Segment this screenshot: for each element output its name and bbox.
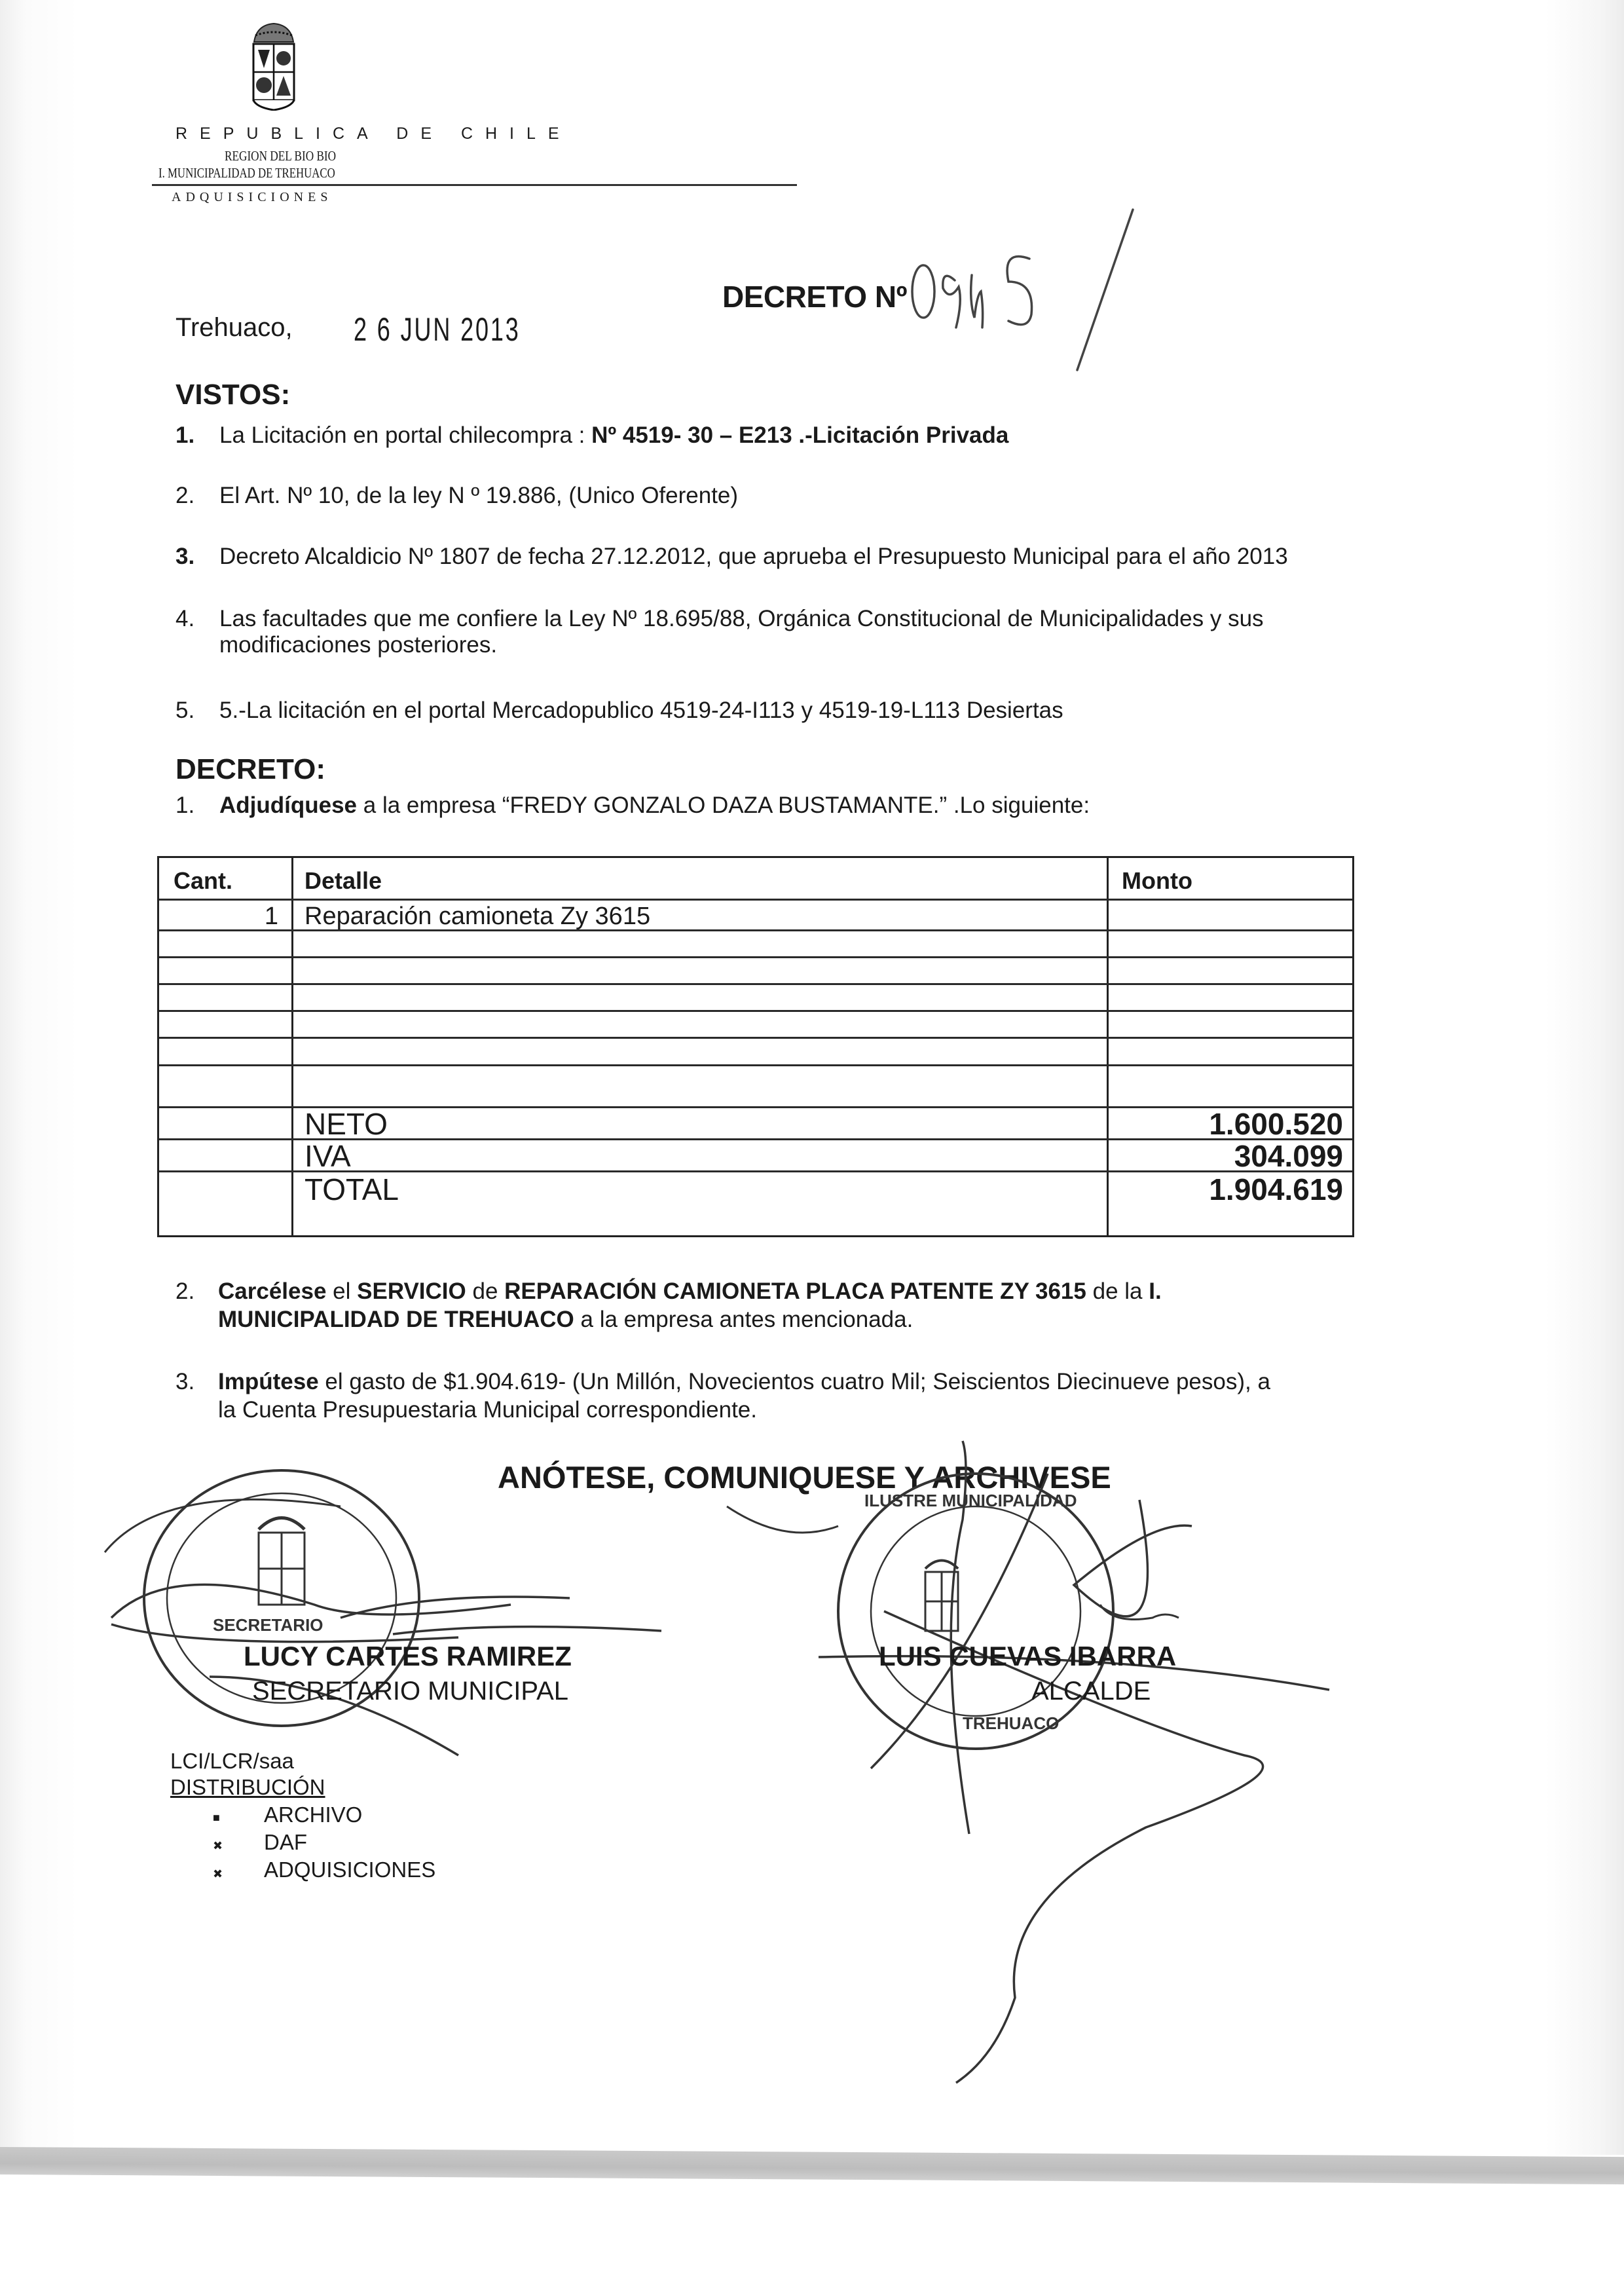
table-row: 1 Reparación camioneta Zy 3615 (159, 899, 1352, 931)
col-header-cant: Cant. (174, 867, 232, 895)
vistos-item-1: La Licitación en portal chilecompra : Nº… (219, 422, 1008, 449)
table-total-row-iva: IVA 304.099 (159, 1138, 1352, 1172)
neto-value: 1.600.520 (1209, 1106, 1343, 1142)
imputese-word: Impútese (218, 1369, 319, 1394)
col-header-monto: Monto (1122, 867, 1192, 895)
distribution-item: DAF (264, 1830, 307, 1855)
decreto-item-2-line1: Carcélese el SERVICIO de REPARACIÓN CAMI… (218, 1278, 1162, 1305)
vistos-item-4-line2: modificaciones posteriores. (219, 632, 497, 658)
header-country: REPUBLICA DE CHILE (175, 124, 572, 143)
decreto-item-1: Adjudíquese a la empresa “FREDY GONZALO … (219, 793, 1090, 819)
vistos-item-2-number: 2. (175, 483, 194, 509)
cell-detalle: Reparación camioneta Zy 3615 (304, 903, 650, 931)
handwritten-decree-number (904, 203, 1153, 373)
neto-label: NETO (304, 1106, 388, 1142)
iva-value: 304.099 (1234, 1138, 1343, 1174)
decreto-item-3-number: 3. (175, 1369, 194, 1395)
signer-1-role: SECRETARIO MUNICIPAL (252, 1677, 568, 1706)
city-label: Trehuaco, (175, 313, 293, 343)
header-department: ADQUISICIONES (172, 190, 332, 205)
table-header-row: Cant. Detalle Monto (159, 858, 1352, 901)
table-row (159, 1064, 1352, 1108)
header-municipality: I. MUNICIPALIDAD DE TREHUACO (158, 165, 335, 181)
table-row (159, 956, 1352, 985)
table-total-row-total: TOTAL 1.904.619 (159, 1170, 1352, 1235)
decreto-item-1-number: 1. (175, 793, 194, 819)
vistos-item-4-number: 4. (175, 606, 194, 632)
award-table: Cant. Detalle Monto 1 Reparación camione… (157, 856, 1354, 1237)
vistos-item-5-number: 5. (175, 698, 194, 724)
decreto-item-3-line1: Impútese el gasto de $1.904.619- (Un Mil… (218, 1369, 1270, 1395)
vistos-item-2: El Art. Nº 10, de la ley N º 19.886, (Un… (219, 483, 738, 509)
decreto-item-2-number: 2. (175, 1278, 194, 1305)
vistos-item-4-line1: Las facultades que me confiere la Ley Nº… (219, 606, 1264, 632)
bullet-icon: ■ (213, 1811, 220, 1825)
iva-label: IVA (304, 1138, 351, 1174)
table-row (159, 1037, 1352, 1066)
decreto-item-1-text: a la empresa “FREDY GONZALO DAZA BUSTAMA… (357, 793, 1090, 818)
adjudiquese-word: Adjudíquese (219, 793, 357, 818)
decreto-item-2-line2: MUNICIPALIDAD DE TREHUACO a la empresa a… (218, 1307, 913, 1333)
decreto-item-3-line2: la Cuenta Presupuestaria Municipal corre… (218, 1397, 757, 1423)
distribution-item: ARCHIVO (264, 1802, 362, 1827)
date-stamp: 2 6 JUN 2013 (354, 310, 521, 348)
total-value: 1.904.619 (1209, 1172, 1343, 1207)
bullet-icon: ✖ (213, 1867, 223, 1881)
text-fragment: I. (1149, 1278, 1161, 1304)
header-region: REGION DEL BIO BIO (225, 148, 336, 164)
vistos-item-3: Decreto Alcaldicio Nº 1807 de fecha 27.1… (219, 544, 1288, 570)
distribution-item: ADQUISICIONES (264, 1857, 435, 1882)
table-total-row-neto: NETO 1.600.520 (159, 1106, 1352, 1140)
decree-number-label: DECRETO Nº (722, 279, 907, 314)
cell-cant: 1 (265, 903, 278, 931)
vistos-title: VISTOS: (175, 379, 290, 411)
text-fragment: el gasto de $1.904.619- (Un Millón, Nove… (319, 1369, 1270, 1394)
table-row (159, 929, 1352, 958)
signer-1-name: LUCY CARTES RAMIREZ (244, 1641, 572, 1672)
decreto-title: DECRETO: (175, 753, 325, 786)
vistos-item-1-number: 1. (175, 422, 194, 449)
municipality-name: MUNICIPALIDAD DE TREHUACO (218, 1307, 574, 1332)
table-row (159, 983, 1352, 1012)
bullet-icon: ✖ (213, 1839, 223, 1853)
signer-2-role: ALCALDE (1031, 1677, 1151, 1706)
vistos-item-3-number: 3. (175, 544, 194, 570)
servicio-word: SERVICIO (357, 1278, 466, 1304)
vistos-item-1-bold: Nº 4519- 30 – E213 .-Licitación Privada (591, 422, 1008, 448)
signer-2-name: LUIS CUEVAS IBARRA (879, 1641, 1176, 1672)
text-fragment: de la (1086, 1278, 1149, 1304)
carcelese-word: Carcélese (218, 1278, 326, 1304)
text-fragment: a la empresa antes mencionada. (574, 1307, 913, 1332)
initials: LCI/LCR/saa (170, 1749, 294, 1774)
text-fragment: el (326, 1278, 357, 1304)
header-divider (152, 184, 797, 186)
closing-formula: ANÓTESE, COMUNIQUESE Y ARCHIVESE (498, 1459, 1111, 1495)
table-row (159, 1010, 1352, 1039)
vistos-item-1-text: La Licitación en portal chilecompra : (219, 422, 591, 448)
total-label: TOTAL (304, 1172, 399, 1207)
service-description: REPARACIÓN CAMIONETA PLACA PATENTE ZY 36… (504, 1278, 1086, 1304)
text-fragment: de (466, 1278, 504, 1304)
coat-of-arms-icon (250, 22, 297, 111)
distribution-title: DISTRIBUCIÓN (170, 1775, 325, 1800)
col-header-detalle: Detalle (304, 867, 382, 895)
vistos-item-5: 5.-La licitación en el portal Mercadopub… (219, 698, 1063, 724)
